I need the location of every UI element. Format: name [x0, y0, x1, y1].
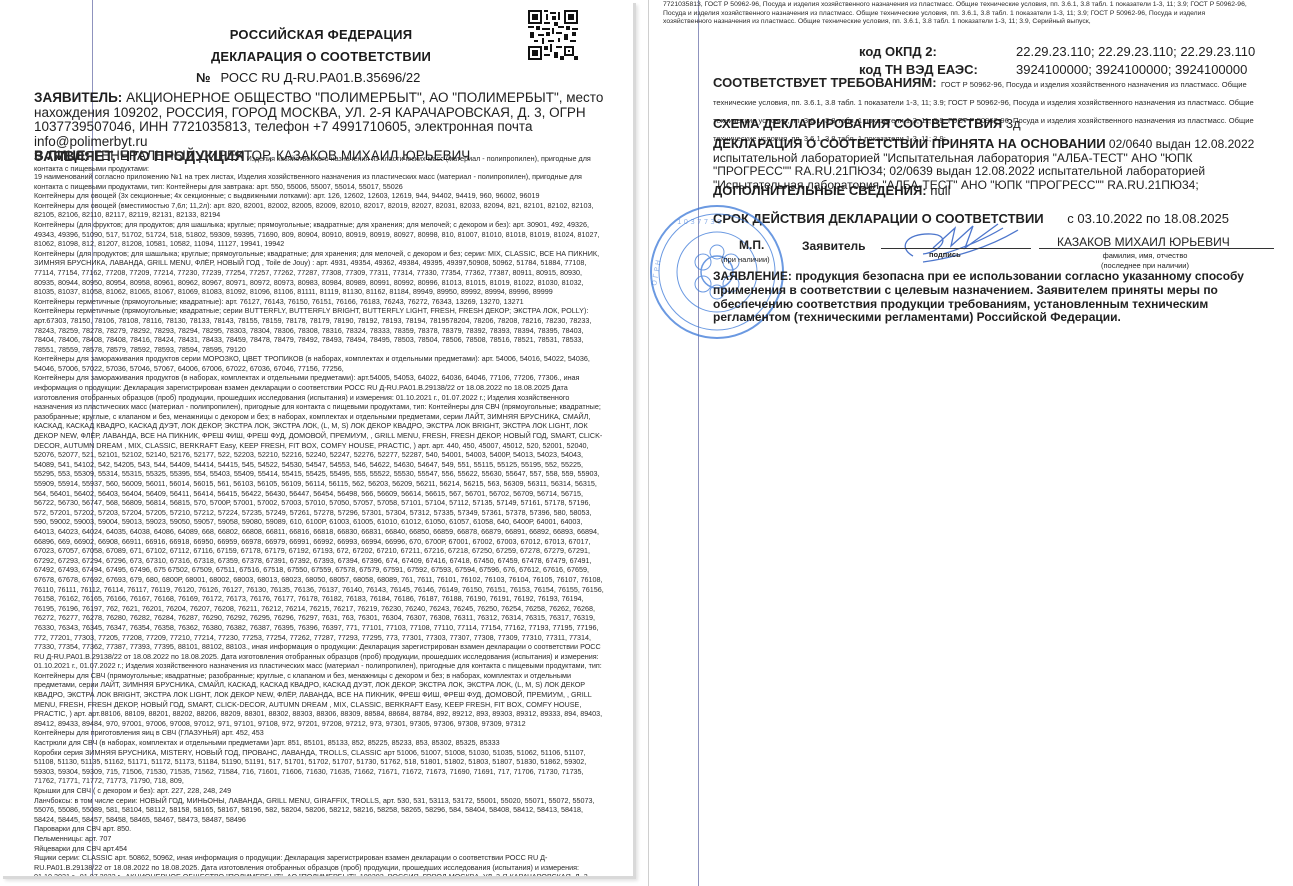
product-list-item: Пельменницы: арт. 707 [34, 834, 604, 844]
signer-name-line [1039, 248, 1274, 249]
declaration-number-value: РОСС RU Д-RU.РА01.В.35696/22 [221, 70, 421, 85]
product-list-item: 19 наименований согласно приложению №1 н… [34, 172, 604, 191]
extra-label: ДОПОЛНИТЕЛЬНЫЕ СВЕДЕНИЯ: [713, 183, 927, 198]
seal-place-label: М.П. [739, 238, 764, 252]
product-list-item: Контейнеры для замораживания продуктов с… [34, 354, 604, 373]
okpd-code-row: код ОКПД 2:22.29.23.110; 22.29.23.110; 2… [859, 44, 1255, 59]
basis-label: ДЕКЛАРАЦИЯ О СООТВЕТСТВИИ ПРИНЯТА НА ОСН… [713, 136, 1106, 151]
svg-text:1 0 3 7 7 3 9: 1 0 3 7 7 3 9 [677, 218, 722, 226]
signer-caption-line-1: фамилия, имя, отчество [1103, 251, 1188, 260]
signature-caption: подпись [929, 250, 961, 259]
extra-value: null [930, 183, 950, 198]
product-list-item: Контейнеры (для продуктов; для шашлыка; … [34, 249, 604, 297]
product-list-item: Контейнеры герметичные (прямоугольные; к… [34, 306, 604, 354]
signer-caption: фамилия, имя, отчество (последнее при на… [1101, 251, 1189, 270]
okpd-value: 22.29.23.110; 22.29.23.110; 22.29.23.110 [1016, 44, 1255, 59]
signature-line [881, 248, 1031, 249]
product-list-item: Контейнеры (для фруктов; для продуктов; … [34, 220, 604, 249]
product-list: 19 наименований согласно приложению №1 н… [34, 172, 604, 876]
number-sign: № [196, 70, 211, 85]
declares-section: ЗАЯВЛЯЕТ, ЧТО ПРОДУКЦИЯ Изделия хозяйств… [34, 153, 604, 173]
product-list-item: Крышки для СВЧ ( с декором и без): арт. … [34, 786, 604, 796]
conforms-label: СООТВЕТСТВУЕТ ТРЕБОВАНИЯМ: [713, 75, 937, 90]
product-list-item: Пароварки для СВЧ арт. 850. [34, 824, 604, 834]
validity-dates: с 03.10.2022 по 18.08.2025 [1067, 211, 1229, 226]
product-list-item: Ланчбоксы: в том числе серии: НОВЫЙ ГОД,… [34, 796, 604, 825]
declaration-page-1: РОССИЙСКАЯ ФЕДЕРАЦИЯ ДЕКЛАРАЦИЯ О СООТВЕ… [0, 0, 633, 876]
signer-name: КАЗАКОВ МИХАИЛ ЮРЬЕВИЧ [1057, 235, 1230, 249]
safety-statement: ЗАЯВЛЕНИЕ: продукция безопасна при ее ис… [713, 270, 1273, 325]
declaration-page-2: 7721035813, ГОСТ Р 50962-96, Посуда и из… [648, 0, 1293, 886]
applicant-signature-label: Заявитель [802, 239, 866, 253]
product-list-item: Яйцеварки для СВЧ арт.454 [34, 844, 604, 854]
declares-label: ЗАЯВЛЯЕТ, ЧТО ПРОДУКЦИЯ [34, 149, 245, 165]
scan-margin-line [698, 0, 699, 886]
continuation-text: 7721035813, ГОСТ Р 50962-96, Посуда и из… [663, 1, 1253, 27]
scheme-value: 3д [1006, 116, 1021, 131]
signature-icon [893, 218, 1023, 268]
product-list-item: Контейнеры для овощей (3х секционные; 4х… [34, 191, 604, 201]
product-list-item: Контейнеры для приготовления яиц в СВЧ (… [34, 728, 604, 738]
declaration-number: №РОСС RU Д-RU.РА01.В.35696/22 [196, 70, 420, 85]
product-list-item: Кастрюли для СВЧ (в наборах, комплектах … [34, 738, 604, 748]
product-list-item: Контейнеры герметичные (прямоугольные; к… [34, 297, 604, 307]
scheme-section: СХЕМА ДЕКЛАРИРОВАНИЯ СООТВЕТСТВИЯ 3д [713, 116, 1273, 131]
product-list-item: Контейнеры для замораживания продуктов (… [34, 373, 604, 728]
seal-note: (при наличии) [721, 255, 770, 264]
product-list-item: Ящики серии: CLASSIC арт. 50862, 50962, … [34, 853, 604, 876]
applicant-label: ЗАЯВИТЕЛЬ: [34, 90, 122, 105]
product-list-item: Контейнеры для овощей (вместимостью 7,6л… [34, 201, 604, 220]
product-list-item: Коробки серия ЗИМНЯЯ БРУСНИКА, MISTERY, … [34, 748, 604, 786]
extra-info-section: ДОПОЛНИТЕЛЬНЫЕ СВЕДЕНИЯ: null [713, 183, 1273, 198]
qr-code-icon [528, 10, 578, 60]
okpd-label: код ОКПД 2: [859, 44, 1016, 59]
scheme-label: СХЕМА ДЕКЛАРИРОВАНИЯ СООТВЕТСТВИЯ [713, 116, 1002, 131]
